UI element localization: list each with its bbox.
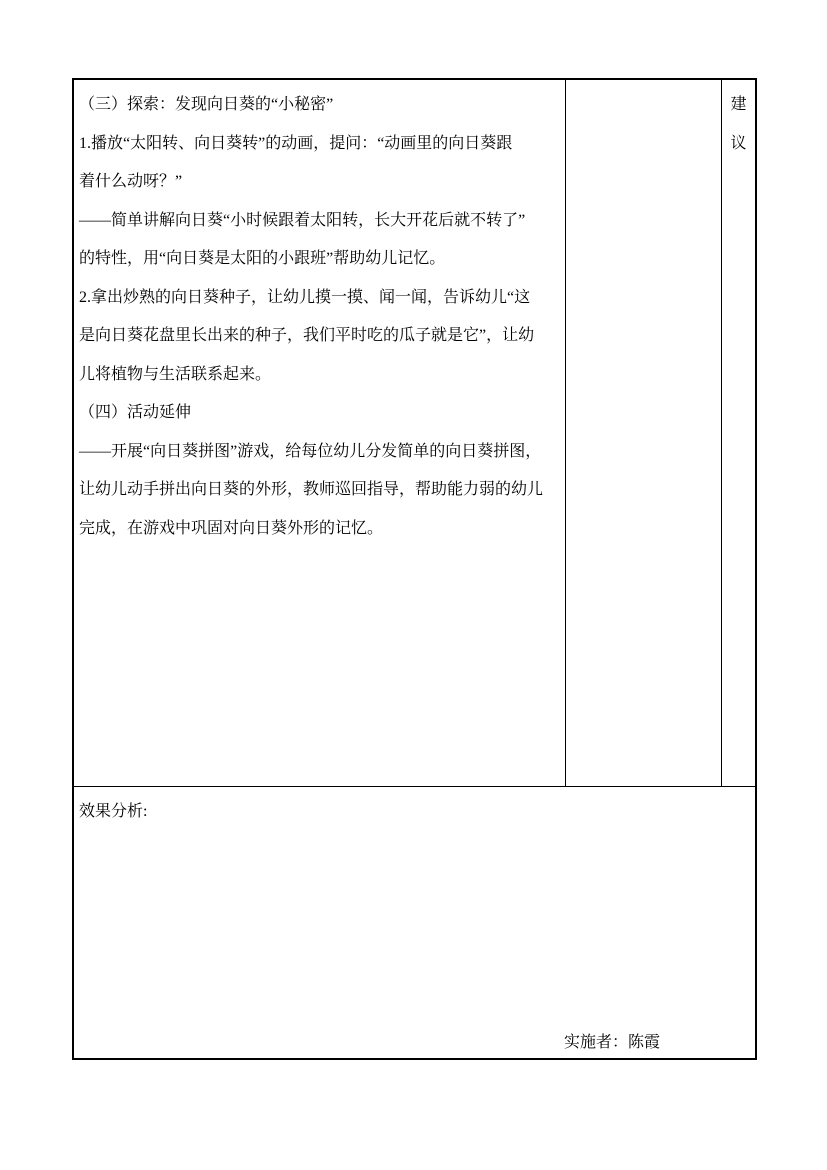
activity-step-1-paragraph: 1.播放“太阳转、向日葵转”的动画，提问：“动画里的向日葵跟 着什么动呀？”	[79, 125, 562, 202]
activity-content-cell: （三）探索：发现向日葵的“小秘密” 1.播放“太阳转、向日葵转”的动画，提问：“…	[74, 80, 566, 786]
implementer-signature: 实施者：陈霞	[564, 1032, 660, 1054]
activity-extension-paragraph: ——开展“向日葵拼图”游戏，给每位幼儿分发简单的向日葵拼图， 让幼儿动手拼出向日…	[79, 433, 562, 549]
activity-step-1-explanation: ——简单讲解向日葵“小时候跟着太阳转，长大开花后就不转了” 的特性，用“向日葵是…	[79, 202, 562, 279]
effect-analysis-cell: 效果分析: 实施者：陈霞	[74, 787, 755, 1058]
suggestion-column-cell: 建议	[722, 80, 755, 786]
empty-notes-cell	[566, 80, 722, 786]
lesson-plan-table: （三）探索：发现向日葵的“小秘密” 1.播放“太阳转、向日葵转”的动画，提问：“…	[72, 78, 757, 1060]
activity-section-3-heading: （三）探索：发现向日葵的“小秘密”	[79, 86, 562, 125]
activity-step-2-paragraph: 2.拿出炒熟的向日葵种子，让幼儿摸一摸、闻一闻，告诉幼儿“这 是向日葵花盘里长出…	[79, 279, 562, 395]
document-page: （三）探索：发现向日葵的“小秘密” 1.播放“太阳转、向日葵转”的动画，提问：“…	[0, 0, 827, 1170]
activity-section-4-heading: （四）活动延伸	[79, 394, 562, 433]
lesson-plan-top-row: （三）探索：发现向日葵的“小秘密” 1.播放“太阳转、向日葵转”的动画，提问：“…	[74, 80, 755, 787]
effect-analysis-label: 效果分析:	[79, 793, 755, 832]
